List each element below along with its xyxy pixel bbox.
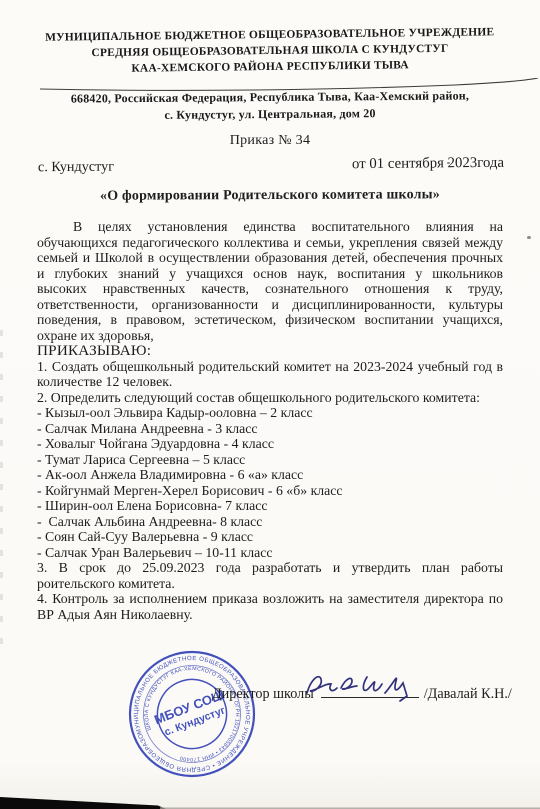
committee-member-list: - Кызыл-оол Эльвира Кадыр-ооловна – 2 кл…	[37, 405, 503, 560]
order-point-2: 2. Определить следующий состав общешколь…	[37, 390, 503, 406]
order-number: Приказ № 34	[0, 133, 540, 149]
scan-edge-noise	[0, 330, 3, 660]
committee-member: - Тумат Лариса Сергеевна – 5 класс	[37, 452, 503, 468]
scan-bottom-artifact	[0, 795, 540, 809]
scan-speck	[447, 162, 450, 164]
committee-member: - Ховалыг Чойгана Эдуардовна - 4 класс	[37, 436, 503, 452]
committee-member: - Салчак Милана Андреевна - 3 класс	[37, 421, 503, 437]
school-stamp: МУНИЦИПАЛЬНОЕ БЮДЖЕТНОЕ ОБЩЕОБРАЗОВАТЕЛЬ…	[107, 629, 278, 800]
paragraph-line: обучающихся педагогического коллектива и…	[37, 235, 503, 251]
prikaz-label: ПРИКАЗЫВАЮ:	[37, 343, 503, 359]
org-header: МУНИЦИПАЛЬНОЕ БЮДЖЕТНОЕ ОБЩЕОБРАЗОВАТЕЛЬ…	[10, 24, 531, 78]
paragraph-line: высоких нравственных качеств, сознательн…	[37, 281, 503, 297]
signature-name: /Давалай К.Н./	[424, 686, 512, 703]
paragraph-line: и глубоких знаний у учащихся основ наук,…	[37, 266, 503, 282]
committee-member: - Кызыл-оол Эльвира Кадыр-ооловна – 2 кл…	[37, 405, 503, 421]
order-place: с. Кундустуг	[38, 159, 114, 177]
committee-member: - Салчак Альбина Андреевна- 8 класс	[37, 514, 503, 530]
intro-paragraph: В целях установления единства воспитател…	[37, 219, 503, 343]
point-line: 1. Создать общешкольный родительский ком…	[37, 359, 503, 375]
committee-member: - Ширин-оол Елена Борисовна- 7 класс	[37, 498, 503, 514]
point-line: 3. В срок до 25.09.2023 года разработать…	[37, 560, 503, 576]
point-line: роительского комитета.	[37, 576, 503, 592]
order-date: от 01 сентября 2023года	[352, 155, 504, 173]
committee-member: - Соян Сай-Суу Валерьевна - 9 класс	[37, 529, 503, 545]
committee-member: - Салчак Уран Валерьевич – 10-11 класс	[37, 545, 503, 561]
committee-member: - Ак-оол Анжела Владимировна - 6 «а» кла…	[37, 467, 503, 483]
handwritten-signature	[301, 667, 413, 705]
point-line: ВР Адыя Аян Николаевну.	[37, 607, 503, 623]
org-address: 668420, Российская Федерация, Республика…	[10, 87, 530, 124]
order-point-3: 3. В срок до 25.09.2023 года разработать…	[37, 560, 503, 591]
order-point-1: 1. Создать общешкольный родительский ком…	[37, 359, 503, 390]
scan-speck	[527, 236, 531, 239]
signature-role-label: Директор школы	[212, 686, 314, 703]
paragraph-line: охране их здоровья,	[37, 328, 503, 344]
point-line: 4. Контроль за исполнением приказа возло…	[37, 591, 503, 607]
point-line: количестве 12 человек.	[37, 374, 503, 390]
paragraph-line: семьей и Школой в осуществлении образова…	[37, 250, 503, 266]
order-body: В целях установления единства воспитател…	[37, 219, 503, 622]
scanned-order-document: МУНИЦИПАЛЬНОЕ БЮДЖЕТНОЕ ОБЩЕОБРАЗОВАТЕЛЬ…	[0, 0, 540, 809]
order-subject: «О формировании Родительского комитета ш…	[0, 187, 540, 205]
paragraph-line: ответственности, организованности и дисц…	[37, 297, 503, 313]
place-date-row: с. Кундустуг от 01 сентября 2023года	[38, 155, 504, 176]
stamp-seal-icon: МУНИЦИПАЛЬНОЕ БЮДЖЕТНОЕ ОБЩЕОБРАЗОВАТЕЛЬ…	[107, 629, 278, 800]
paragraph-line: В целях установления единства воспитател…	[37, 219, 503, 235]
paragraph-line: поведения, в правовом, эстетическом, физ…	[37, 312, 503, 328]
committee-member: - Койгунмай Мерген-Херел Борисович - 6 «…	[37, 483, 503, 499]
order-point-4: 4. Контроль за исполнением приказа возло…	[37, 591, 503, 622]
